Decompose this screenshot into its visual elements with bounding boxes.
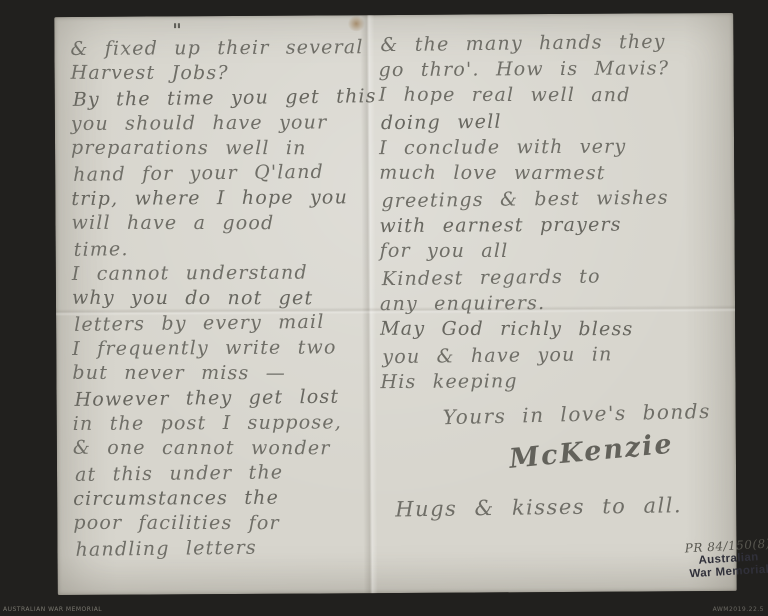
memorial-stamp: PR 84/150(8) Australian War Memorial [669, 536, 768, 582]
letter-line: circumstances the [73, 485, 373, 512]
letter-line: hand for your Q'land [73, 159, 373, 188]
letter-line: & fixed up their several [70, 35, 370, 62]
letter-line: By the time you get this [73, 84, 373, 113]
scan-background: { "scan": { "watermark": "AUSTRALIAN WAR… [0, 0, 768, 616]
letter-line: with earnest prayers [379, 211, 727, 239]
letter-line: any enquirers. [380, 289, 728, 317]
letter-line: poor facilities for [73, 511, 373, 537]
postscript-line: Hugs & kisses to all. [395, 493, 729, 522]
watermark-text: AUSTRALIAN WAR MEMORIAL [3, 606, 102, 613]
letter-line: time. [74, 234, 374, 263]
letter-line: I cannot understand [72, 260, 372, 287]
letter-line: Kindest regards to [382, 262, 730, 292]
letter-line: handling letters [75, 534, 375, 563]
letter-line: doing well [381, 106, 729, 136]
letter-line: & one cannot wonder [73, 436, 373, 462]
letter-line: I hope real well and [379, 82, 727, 109]
letter-line: Harvest Jobs? [71, 61, 371, 87]
letter-page-left: " & fixed up their several Harvest Jobs?… [70, 35, 373, 562]
letter-line: trip, where I hope you [71, 185, 371, 212]
letter-line: in the post I suppose, [73, 410, 373, 437]
ditto-mark: " [172, 20, 184, 41]
letter-line: but never miss — [72, 361, 372, 387]
letter-page-right: & the many hands they go thro'. How is M… [378, 29, 729, 520]
letter-line: I frequently write two [72, 335, 372, 362]
letter-line: & the many hands they [380, 28, 728, 58]
letter-line: will have a good [71, 211, 371, 237]
letter-line: However they get lost [74, 384, 374, 413]
letter-line: His keeping [380, 367, 728, 395]
letter-line: you should have your [71, 110, 371, 137]
letter-line: at this under the [75, 459, 375, 488]
letter-line: much love warmest [379, 160, 727, 187]
letter-line: letters by every mail [74, 309, 374, 338]
letter-line: preparations well in [71, 136, 371, 162]
closing-line: Yours in love's bonds [442, 398, 728, 429]
paper-stain [347, 16, 365, 31]
letter-line: greetings & best wishes [381, 184, 729, 214]
negative-number: AWM2019.22.5 [713, 606, 764, 613]
letter-line: you & have you in [382, 340, 730, 370]
letter-line: I conclude with very [379, 133, 727, 161]
signature: McKenzie [508, 423, 730, 474]
letter-line: why you do not get [72, 286, 372, 312]
letter-line: for you all [380, 238, 728, 265]
letter-paper: " & fixed up their several Harvest Jobs?… [54, 13, 737, 595]
letter-line: May God richly bless [380, 316, 728, 343]
letter-line: go thro'. How is Mavis? [378, 55, 726, 83]
